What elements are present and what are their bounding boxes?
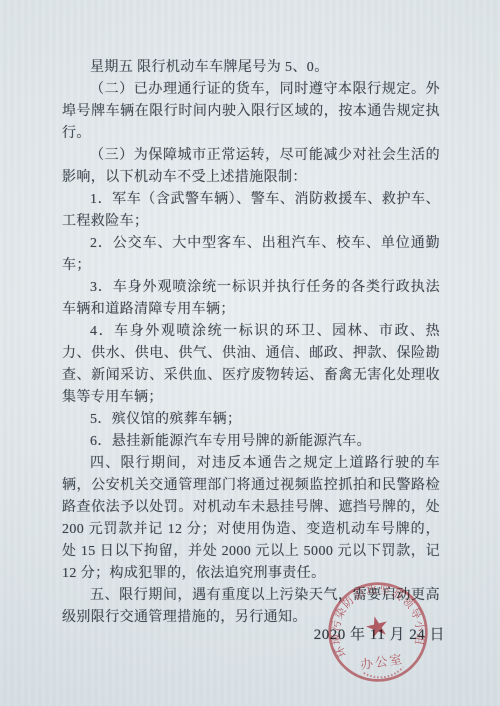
list-item-new-energy-vehicles: 6．悬挂新能源汽车专用号牌的新能源汽车。 bbox=[62, 431, 440, 453]
scanned-notice-page: { "page": { "background_color": "#e1e7ea… bbox=[0, 0, 500, 706]
paragraph-permit-trucks: （二）已办理通行证的货车，同时遵守本限行规定。外埠号牌车辆在限行时间内驶入限行区… bbox=[62, 79, 440, 145]
list-item-funeral-vehicles: 5．殡仪馆的殡葬车辆； bbox=[62, 409, 440, 431]
list-item-utility-vehicles: 4．车身外观喷涂统一标识的环卫、园林、市政、热力、供水、供电、供气、供油、通信、… bbox=[62, 321, 440, 409]
paragraph-friday-plate-rule: 星期五 限行机动车车牌尾号为 5、0。 bbox=[62, 57, 440, 79]
paragraph-exemption-intro: （三）为保障城市正常运转，尽可能减少对社会生活的影响，以下机动车不受上述措施限制… bbox=[62, 145, 440, 189]
list-item-public-transport: 2．公交车、大中型客车、出租汽车、校车、单位通勤车； bbox=[62, 233, 440, 277]
official-seal: 环境污染防治攻坚战领导小组 ★ 办公室 bbox=[319, 573, 436, 690]
paragraph-enforcement-penalties: 四、限行期间，对违反本通告之规定上道路行驶的车辆，公安机关交通管理部门将通过视频… bbox=[62, 453, 440, 585]
document-body: 星期五 限行机动车车牌尾号为 5、0。 （二）已办理通行证的货车，同时遵守本限行… bbox=[62, 57, 440, 629]
seal-star-icon: ★ bbox=[361, 610, 393, 646]
list-item-military-vehicles: 1．军车（含武警车辆）、警车、消防救援车、救护车、工程救险车； bbox=[62, 189, 440, 233]
seal-office-text: 办公室 bbox=[359, 651, 404, 672]
list-item-law-enforcement-vehicles: 3．车身外观喷涂统一标识并执行任务的各类行政执法车辆和道路清障专用车辆； bbox=[62, 277, 440, 321]
